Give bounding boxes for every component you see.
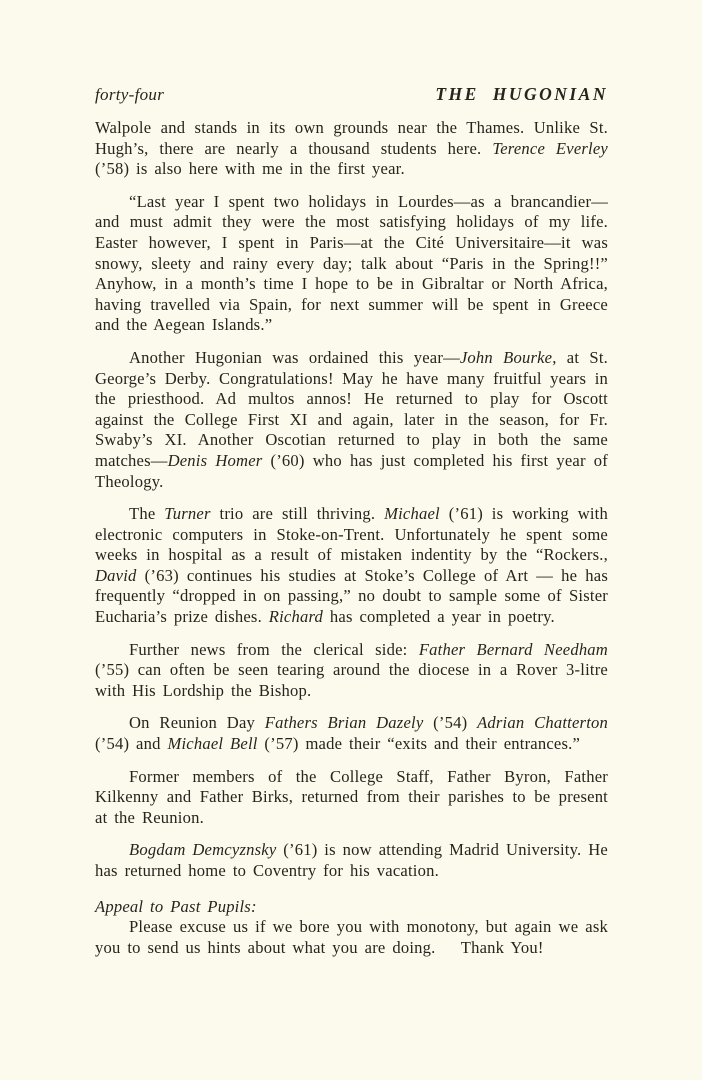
madrid-paragraph: Bogdam Demcyznsky (’61) is now attending… [95,840,608,881]
italic-text-run: Michael [384,504,440,523]
turner-trio-paragraph: The Turner trio are still thriving. Mich… [95,504,608,628]
page-number-folio: forty-four [95,85,164,105]
text-run: Please excuse us if we bore you with mon… [95,917,608,957]
appeal-heading: Appeal to Past Pupils: [95,897,608,918]
continuation-paragraph: Walpole and stands in its own grounds ne… [95,118,608,180]
letter-quote-paragraph: “Last year I spent two holidays in Lourd… [95,192,608,336]
italic-text-run: Bogdam Demcyznsky [129,840,276,859]
text-run: (’54) [423,713,477,732]
former-staff-paragraph: Former members of the College Staff, Fat… [95,767,608,829]
text-run: On Reunion Day [129,713,265,732]
italic-text-run: Richard [269,607,323,626]
text-run: (’57) made their “exits and their entran… [258,734,581,753]
text-run: Former members of the College Staff, Fat… [95,767,608,827]
italic-text-run: John Bourke [460,348,552,367]
magazine-page: forty-four THE HUGONIAN Walpole and stan… [0,0,702,1080]
italic-text-run: Fathers Brian Dazely [265,713,424,732]
italic-text-run: Turner [164,504,210,523]
italic-text-run: Michael Bell [167,734,257,753]
clerical-news-paragraph: Further news from the clerical side: Fat… [95,640,608,702]
journal-title: THE HUGONIAN [435,84,608,105]
italic-text-run: David [95,566,137,585]
text-run: (’58) is also here with me in the first … [95,159,405,178]
text-run: Another Hugonian was ordained this year— [129,348,460,367]
page-body: Walpole and stands in its own grounds ne… [95,118,608,970]
italic-text-run: Adrian Chatterton [477,713,608,732]
reunion-day-paragraph: On Reunion Day Fathers Brian Dazely (’54… [95,713,608,754]
text-run: The [129,504,164,523]
italic-text-run: Terence Everley [492,139,608,158]
text-run: has completed a year in poetry. [323,607,555,626]
italic-text-run: Appeal to Past Pupils: [95,897,257,916]
ordination-paragraph: Another Hugonian was ordained this year—… [95,348,608,492]
italic-text-run: Father Bernard Needham [419,640,608,659]
text-run: trio are still thriving. [211,504,384,523]
appeal-paragraph: Please excuse us if we bore you with mon… [95,917,608,958]
italic-text-run: Denis Homer [168,451,263,470]
text-run: Further news from the clerical side: [129,640,419,659]
text-run: (’55) can often be seen tearing around t… [95,660,608,700]
text-run: “Last year I spent two holidays in Lourd… [95,192,608,335]
text-run: (’54) and [95,734,167,753]
page-header: forty-four THE HUGONIAN [95,84,608,105]
